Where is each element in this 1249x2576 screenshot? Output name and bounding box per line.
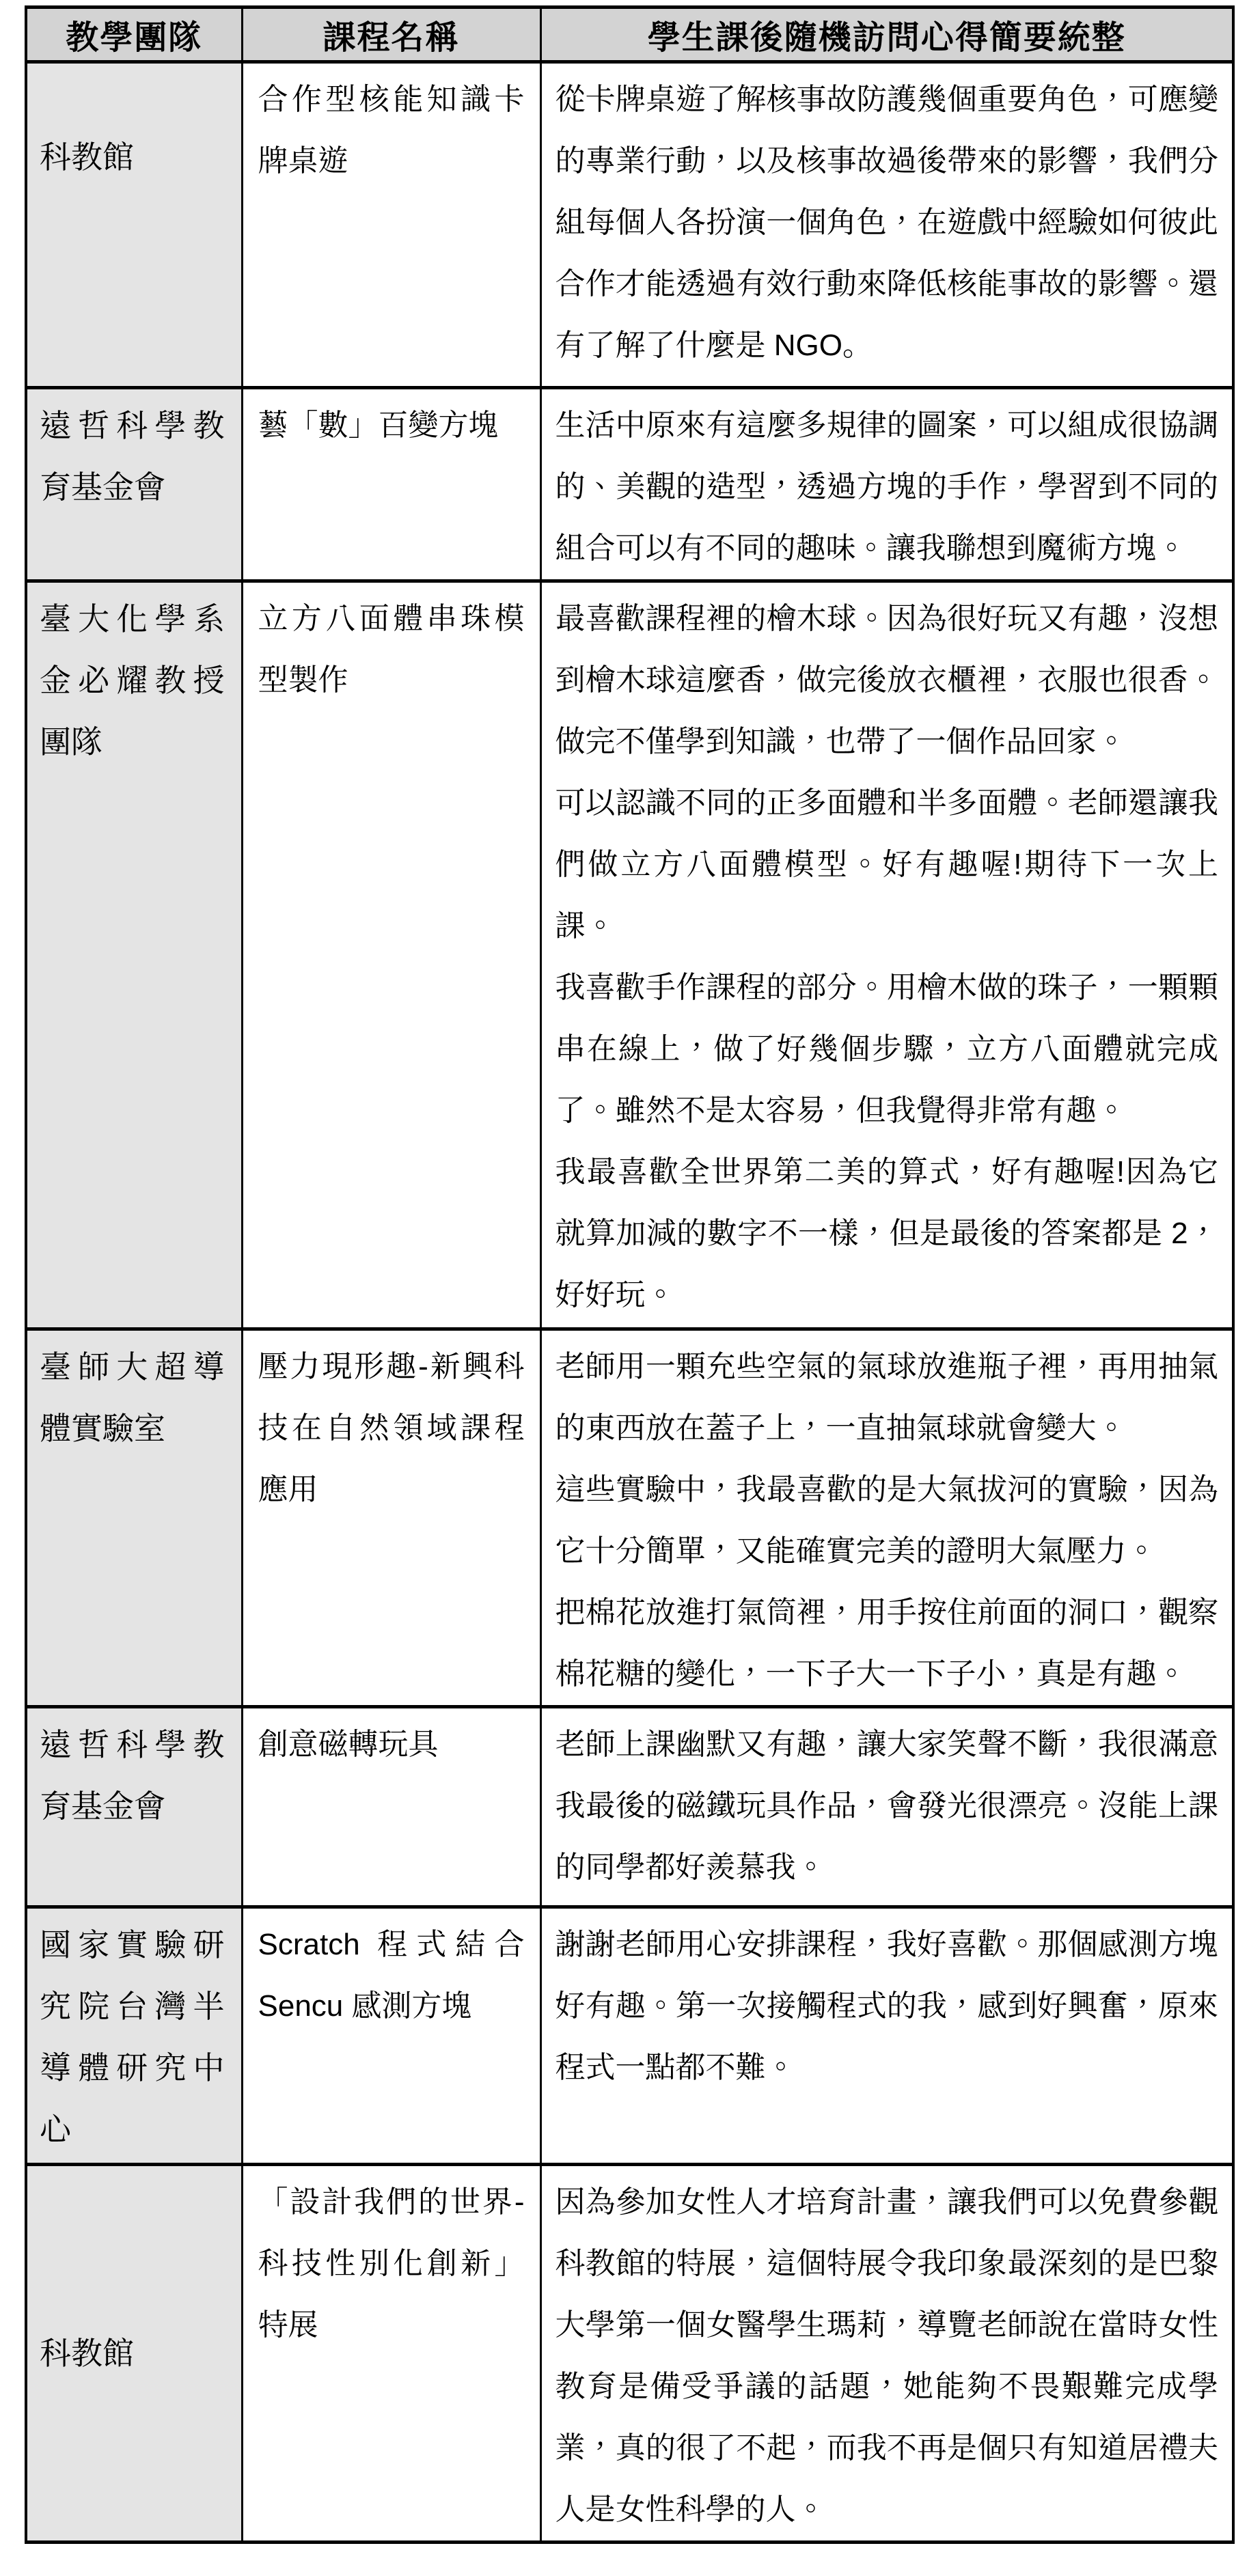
table-body: 科教館合作型核能知識卡牌桌遊從卡牌桌遊了解核事故防護幾個重要角色，可應變的專業行…	[26, 62, 1233, 2543]
feedback-paragraph: 老師用一顆充些空氣的氣球放進瓶子裡，再用抽氣的東西放在蓋子上，一直抽氣球就會變大…	[555, 1336, 1219, 1459]
course-cell: 「設計我們的世界-科技性別化創新」特展	[242, 2165, 540, 2543]
course-name: 創意磁轉玩具	[258, 1714, 525, 1775]
feedback-cell: 謝謝老師用心安排課程，我好喜歡。那個感測方塊好有趣。第一次接觸程式的我，感到好興…	[540, 1907, 1233, 2165]
feedback-cell: 因為參加女性人才培育計畫，讓我們可以免費參觀科教館的特展，這個特展令我印象最深刻…	[540, 2165, 1233, 2543]
team-cell: 臺大化學系金必耀教授團隊	[26, 581, 242, 1329]
course-cell: Scratch 程式結合 Sencu 感測方塊	[242, 1907, 540, 2165]
header-team: 教學團隊	[26, 8, 242, 62]
feedback-cell: 老師上課幽默又有趣，讓大家笑聲不斷，我很滿意我最後的磁鐵玩具作品，會發光很漂亮。…	[540, 1707, 1233, 1907]
team-name: 科教館	[40, 126, 225, 188]
feedback-paragraph: 可以認識不同的正多面體和半多面體。老師還讓我們做立方八面體模型。好有趣喔!期待下…	[555, 773, 1219, 957]
course-name: 立方八面體串珠模型製作	[258, 588, 525, 711]
team-cell: 遠哲科學教育基金會	[26, 1707, 242, 1907]
team-cell: 臺師大超導體實驗室	[26, 1329, 242, 1707]
header-course: 課程名稱	[242, 8, 540, 62]
feedback-cell: 從卡牌桌遊了解核事故防護幾個重要角色，可應變的專業行動，以及核事故過後帶來的影響…	[540, 62, 1233, 388]
team-name: 國家實驗研究院台灣半導體研究中心	[40, 1914, 225, 2160]
feedback-paragraph: 老師上課幽默又有趣，讓大家笑聲不斷，我很滿意我最後的磁鐵玩具作品，會發光很漂亮。…	[555, 1714, 1219, 1898]
feedback-paragraph: 我最喜歡全世界第二美的算式，好有趣喔!因為它就算加減的數字不一樣，但是最後的答案…	[555, 1141, 1219, 1326]
feedback-paragraph: 謝謝老師用心安排課程，我好喜歡。那個感測方塊好有趣。第一次接觸程式的我，感到好興…	[555, 1914, 1219, 2099]
team-name: 臺師大超導體實驗室	[40, 1336, 225, 1459]
table-row: 科教館「設計我們的世界-科技性別化創新」特展因為參加女性人才培育計畫，讓我們可以…	[26, 2165, 1233, 2543]
team-cell: 科教館	[26, 2165, 242, 2543]
table-row: 遠哲科學教育基金會創意磁轉玩具老師上課幽默又有趣，讓大家笑聲不斷，我很滿意我最後…	[26, 1707, 1233, 1907]
feedback-paragraph: 生活中原來有這麼多規律的圖案，可以組成很協調的、美觀的造型，透過方塊的手作，學習…	[555, 395, 1219, 579]
course-name: 「設計我們的世界-科技性別化創新」特展	[258, 2172, 525, 2356]
course-cell: 藝「數」百變方塊	[242, 388, 540, 581]
course-cell: 壓力現形趣-新興科技在自然領域課程應用	[242, 1329, 540, 1707]
header-row: 教學團隊 課程名稱 學生課後隨機訪問心得簡要統整	[26, 8, 1233, 62]
team-cell: 科教館	[26, 62, 242, 388]
course-cell: 創意磁轉玩具	[242, 1707, 540, 1907]
table-row: 國家實驗研究院台灣半導體研究中心Scratch 程式結合 Sencu 感測方塊謝…	[26, 1907, 1233, 2165]
table-row: 科教館合作型核能知識卡牌桌遊從卡牌桌遊了解核事故防護幾個重要角色，可應變的專業行…	[26, 62, 1233, 388]
table-header: 教學團隊 課程名稱 學生課後隨機訪問心得簡要統整	[26, 8, 1233, 62]
feedback-cell: 生活中原來有這麼多規律的圖案，可以組成很協調的、美觀的造型，透過方塊的手作，學習…	[540, 388, 1233, 581]
feedback-paragraph: 我喜歡手作課程的部分。用檜木做的珠子，一顆顆串在線上，做了好幾個步驟，立方八面體…	[555, 957, 1219, 1141]
feedback-cell: 老師用一顆充些空氣的氣球放進瓶子裡，再用抽氣的東西放在蓋子上，一直抽氣球就會變大…	[540, 1329, 1233, 1707]
course-cell: 立方八面體串珠模型製作	[242, 581, 540, 1329]
team-cell: 遠哲科學教育基金會	[26, 388, 242, 581]
feedback-paragraph: 最喜歡課程裡的檜木球。因為很好玩又有趣，沒想到檜木球這麼香，做完後放衣櫃裡，衣服…	[555, 588, 1219, 773]
feedback-paragraph: 這些實驗中，我最喜歡的是大氣拔河的實驗，因為它十分簡單，又能確實完美的證明大氣壓…	[555, 1459, 1219, 1582]
feedback-cell: 最喜歡課程裡的檜木球。因為很好玩又有趣，沒想到檜木球這麼香，做完後放衣櫃裡，衣服…	[540, 581, 1233, 1329]
team-name: 遠哲科學教育基金會	[40, 395, 225, 518]
course-cell: 合作型核能知識卡牌桌遊	[242, 62, 540, 388]
header-feedback: 學生課後隨機訪問心得簡要統整	[540, 8, 1233, 62]
course-name: 合作型核能知識卡牌桌遊	[258, 69, 525, 192]
course-name: 藝「數」百變方塊	[258, 395, 525, 456]
table-row: 臺師大超導體實驗室壓力現形趣-新興科技在自然領域課程應用老師用一顆充些空氣的氣球…	[26, 1329, 1233, 1707]
feedback-paragraph: 從卡牌桌遊了解核事故防護幾個重要角色，可應變的專業行動，以及核事故過後帶來的影響…	[555, 69, 1219, 376]
feedback-table: 教學團隊 課程名稱 學生課後隨機訪問心得簡要統整 科教館合作型核能知識卡牌桌遊從…	[25, 5, 1235, 2544]
team-name: 臺大化學系金必耀教授團隊	[40, 588, 225, 773]
course-name: Scratch 程式結合 Sencu 感測方塊	[258, 1914, 525, 2037]
feedback-paragraph: 把棉花放進打氣筒裡，用手按住前面的洞口，觀察棉花糖的變化，一下子大一下子小，真是…	[555, 1582, 1219, 1705]
table-row: 遠哲科學教育基金會藝「數」百變方塊生活中原來有這麼多規律的圖案，可以組成很協調的…	[26, 388, 1233, 581]
course-name: 壓力現形趣-新興科技在自然領域課程應用	[258, 1336, 525, 1521]
feedback-paragraph: 因為參加女性人才培育計畫，讓我們可以免費參觀科教館的特展，這個特展令我印象最深刻…	[555, 2172, 1219, 2540]
table-row: 臺大化學系金必耀教授團隊立方八面體串珠模型製作最喜歡課程裡的檜木球。因為很好玩又…	[26, 581, 1233, 1329]
team-cell: 國家實驗研究院台灣半導體研究中心	[26, 1907, 242, 2165]
team-name: 遠哲科學教育基金會	[40, 1714, 225, 1837]
team-name: 科教館	[40, 2323, 225, 2384]
